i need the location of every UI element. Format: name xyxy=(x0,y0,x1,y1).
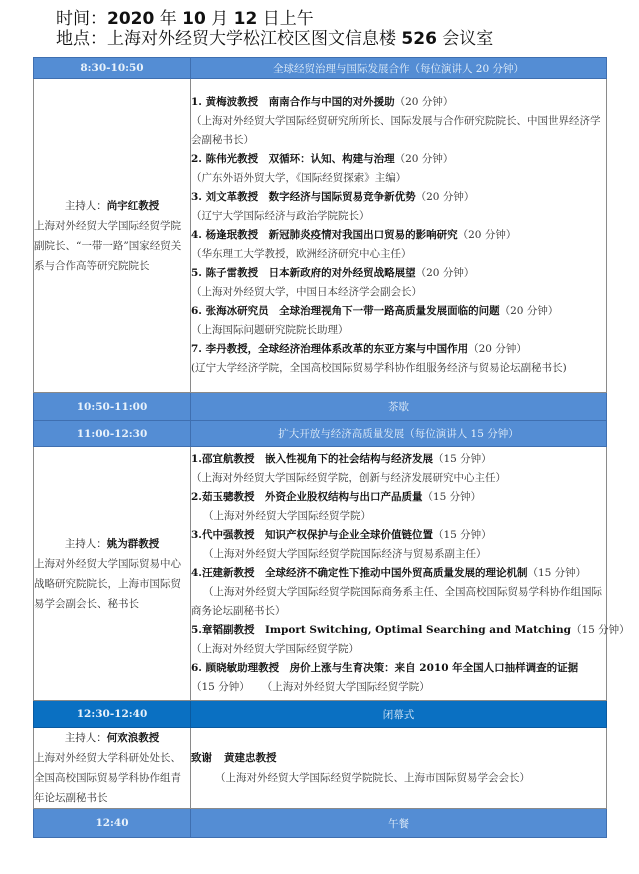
closing-time: 12:30-12:40 xyxy=(34,701,191,728)
speaker-affiliation: (辽宁大学经济学院，全国高校国际贸易学科协作组服务经济与贸易论坛副秘书长) xyxy=(191,359,606,378)
session-title: 全球经贸治理与国际发展合作（每位演讲人 20 分钟） xyxy=(191,58,607,79)
closing-label: 致谢 xyxy=(191,752,212,764)
host-label: 主持人： xyxy=(65,732,107,744)
break-title: 茶歇 xyxy=(191,393,607,421)
break-row: 10:50-11:00 茶歇 xyxy=(34,393,607,421)
host-label: 主持人： xyxy=(65,200,107,212)
speaker-affiliation: （上海对外经贸大学国际经贸学院，创新与经济发展研究中心主任） xyxy=(191,469,606,488)
host-affiliation: 上海对外经贸大学国际经贸学院副院长、“一带一路”国家经贸关系与合作高等研究院院长 xyxy=(34,220,181,272)
talk-item: 3. 刘文革教授 数字经济与国际贸易竞争新优势（20 分钟）（辽宁大学国际经济与… xyxy=(191,188,606,226)
speaker-affiliation: （上海对外经贸大学国际经贸学院国际商务系主任、全国高校国际贸易学科协作组国际商务… xyxy=(191,583,606,621)
talk-item: 4.汪建新教授 全球经济不确定性下推动中国外贸高质量发展的理论机制（15 分钟）… xyxy=(191,564,606,621)
talk-duration: （15 分钟） xyxy=(433,529,492,541)
lunch-row: 12:40 午餐 xyxy=(34,809,607,838)
venue-label: 地点： xyxy=(56,29,107,49)
talk-title: 3. 刘文革教授 数字经济与国际贸易竞争新优势 xyxy=(191,191,416,203)
talk-item: 2. 陈伟光教授 双循环：认知、构建与治理（20 分钟）（广东外语外贸大学，《国… xyxy=(191,150,606,188)
host-affiliation: 上海对外经贸大学国际贸易中心战略研究院院长，上海市国际贸易学会副会长、秘书长 xyxy=(34,558,181,610)
talk-duration: （15 分钟） xyxy=(422,491,481,503)
talk-title: 6. 顾晓敏助理教授 房价上涨与生育决策：来自 2010 年全国人口抽样调查的证… xyxy=(191,662,578,674)
talk-title: 6. 张海冰研究员 全球治理视角下一带一路高质量发展面临的问题 xyxy=(191,305,500,317)
speaker-affiliation: （上海对外经贸大学国际经贸学院） xyxy=(262,681,430,693)
speaker-affiliation: （上海对外经贸大学国际经贸学院） xyxy=(191,640,606,659)
speaker-affiliation: （上海对外经贸大学国际经贸学院） xyxy=(191,507,606,526)
talk-item: 1.邵宜航教授 嵌入性视角下的社会结构与经济发展（15 分钟）（上海对外经贸大学… xyxy=(191,450,606,488)
session-title: 扩大开放与经济高质量发展（每位演讲人 15 分钟） xyxy=(191,421,607,447)
talk-item: 1. 黄梅波教授 南南合作与中国的对外援助（20 分钟）（上海对外经贸大学国际经… xyxy=(191,93,606,150)
talk-duration: （15 分钟） xyxy=(571,624,630,636)
talk-duration: （15 分钟） xyxy=(433,453,492,465)
time-year: 2020 xyxy=(107,9,154,29)
talk-duration: （20 分钟） xyxy=(468,343,527,355)
talk-title: 3.代中强教授 知识产权保护与企业全球价值链位置 xyxy=(191,529,433,541)
session-header-row: 11:00-12:30 扩大开放与经济高质量发展（每位演讲人 15 分钟） xyxy=(34,421,607,447)
talk-list: 1. 黄梅波教授 南南合作与中国的对外援助（20 分钟）（上海对外经贸大学国际经… xyxy=(191,79,607,393)
host-cell: 主持人：尚宇红教授 上海对外经贸大学国际经贸学院副院长、“一带一路”国家经贸关系… xyxy=(34,79,191,393)
agenda-table: 8:30-10:50 全球经贸治理与国际发展合作（每位演讲人 20 分钟） 主持… xyxy=(33,57,607,838)
speaker-affiliation: （华东理工大学教授，欧洲经济研究中心主任） xyxy=(191,245,606,264)
speaker-affiliation: （上海对外经贸大学国际经贸学院院长、上海市国际贸易学会会长） xyxy=(191,768,606,788)
host-cell: 主持人：姚为群教授 上海对外经贸大学国际贸易中心战略研究院院长，上海市国际贸易学… xyxy=(34,447,191,701)
month-unit: 月 xyxy=(206,9,234,29)
host-name: 尚宇红教授 xyxy=(107,200,160,212)
talk-title: 7. 李丹教授，全球经济治理体系改革的东亚方案与中国作用 xyxy=(191,343,468,355)
session-time: 8:30-10:50 xyxy=(34,58,191,79)
talk-title: 1.邵宜航教授 嵌入性视角下的社会结构与经济发展 xyxy=(191,453,433,465)
host-cell: 主持人：何欢浪教授 上海对外经贸大学科研处处长、全国高校国际贸易学科协作组青年论… xyxy=(34,728,191,809)
host-affiliation: 上海对外经贸大学科研处处长、全国高校国际贸易学科协作组青年论坛副秘书长 xyxy=(34,752,181,804)
time-day: 12 xyxy=(234,9,258,29)
talk-duration: （20 分钟） xyxy=(500,305,559,317)
talk-title: 2. 陈伟光教授 双循环：认知、构建与治理 xyxy=(191,153,395,165)
talk-duration: （15 分钟） xyxy=(527,567,586,579)
talk-title: 4.汪建新教授 全球经济不确定性下推动中国外贸高质量发展的理论机制 xyxy=(191,567,527,579)
meeting-venue: 地点：上海对外经贸大学松江校区图文信息楼 526 会议室 xyxy=(56,29,493,49)
closing-title: 闭幕式 xyxy=(191,701,607,728)
time-month: 10 xyxy=(182,9,206,29)
speaker-affiliation: （上海国际问题研究院院长助理） xyxy=(191,321,606,340)
closing-content-row: 主持人：何欢浪教授 上海对外经贸大学科研处处长、全国高校国际贸易学科协作组青年论… xyxy=(34,728,607,809)
session-content-row: 主持人：尚宇红教授 上海对外经贸大学国际经贸学院副院长、“一带一路”国家经贸关系… xyxy=(34,79,607,393)
break-time: 10:50-11:00 xyxy=(34,393,191,421)
talk-item: 5.章韬副教授 Import Switching, Optimal Search… xyxy=(191,621,606,659)
talk-item: 6. 顾晓敏助理教授 房价上涨与生育决策：来自 2010 年全国人口抽样调查的证… xyxy=(191,659,606,697)
talk-title: 5.章韬副教授 Import Switching, Optimal Search… xyxy=(191,624,571,636)
closing-header-row: 12:30-12:40 闭幕式 xyxy=(34,701,607,728)
talk-item: 7. 李丹教授，全球经济治理体系改革的东亚方案与中国作用（20 分钟）(辽宁大学… xyxy=(191,340,606,378)
venue-suffix: 会议室 xyxy=(437,29,493,49)
talk-title: 5. 陈子雷教授 日本新政府的对外经贸战略展望 xyxy=(191,267,416,279)
meeting-time: 时间：2020 年 10 月 12 日上午 xyxy=(56,9,314,29)
host-name-line: 主持人：尚宇红教授 xyxy=(34,196,190,216)
talk-duration: （15 分钟） xyxy=(191,681,250,693)
host-label: 主持人： xyxy=(65,538,107,550)
day-unit: 日上午 xyxy=(257,9,313,29)
talk-duration: （20 分钟） xyxy=(416,267,475,279)
speaker-affiliation: （上海对外经贸大学，中国日本经济学会副会长） xyxy=(191,283,606,302)
talk-list: 1.邵宜航教授 嵌入性视角下的社会结构与经济发展（15 分钟）（上海对外经贸大学… xyxy=(191,447,607,701)
host-name: 何欢浪教授 xyxy=(107,732,160,744)
venue-room: 526 xyxy=(401,29,437,49)
lunch-time: 12:40 xyxy=(34,809,191,838)
session-content-row: 主持人：姚为群教授 上海对外经贸大学国际贸易中心战略研究院院长，上海市国际贸易学… xyxy=(34,447,607,701)
talk-duration: （20 分钟） xyxy=(416,191,475,203)
talk-title: 4. 杨逢珉教授 新冠肺炎疫情对我国出口贸易的影响研究 xyxy=(191,229,458,241)
closing-remarks: 致谢黄建忠教授 （上海对外经贸大学国际经贸学院院长、上海市国际贸易学会会长） xyxy=(191,728,607,809)
time-label: 时间： xyxy=(56,9,107,29)
talk-title: 1. 黄梅波教授 南南合作与中国的对外援助 xyxy=(191,96,395,108)
session-time: 11:00-12:30 xyxy=(34,421,191,447)
talk-title: 2.茹玉骢教授 外资企业股权结构与出口产品质量 xyxy=(191,491,422,503)
talk-item: 5. 陈子雷教授 日本新政府的对外经贸战略展望（20 分钟）（上海对外经贸大学，… xyxy=(191,264,606,302)
talk-duration: （20 分钟） xyxy=(395,153,454,165)
speaker-affiliation: （辽宁大学国际经济与政治学院院长） xyxy=(191,207,606,226)
speaker-affiliation: （上海对外经贸大学国际经贸研究所所长、国际发展与合作研究院院长、中国世界经济学会… xyxy=(191,112,606,150)
speaker-affiliation: （上海对外经贸大学国际经贸学院国际经济与贸易系副主任） xyxy=(191,545,606,564)
talk-item: 2.茹玉骢教授 外资企业股权结构与出口产品质量（15 分钟）（上海对外经贸大学国… xyxy=(191,488,606,526)
host-name: 姚为群教授 xyxy=(107,538,160,550)
session-header-row: 8:30-10:50 全球经贸治理与国际发展合作（每位演讲人 20 分钟） xyxy=(34,58,607,79)
host-name-line: 主持人：何欢浪教授 xyxy=(34,728,190,748)
venue-text: 上海对外经贸大学松江校区图文信息楼 xyxy=(107,29,401,49)
host-name-line: 主持人：姚为群教授 xyxy=(34,534,190,554)
talk-item: 6. 张海冰研究员 全球治理视角下一带一路高质量发展面临的问题（20 分钟）（上… xyxy=(191,302,606,340)
year-unit: 年 xyxy=(154,9,182,29)
talk-duration: （20 分钟） xyxy=(395,96,454,108)
talk-item: 3.代中强教授 知识产权保护与企业全球价值链位置（15 分钟）（上海对外经贸大学… xyxy=(191,526,606,564)
lunch-title: 午餐 xyxy=(191,809,607,838)
talk-duration: （20 分钟） xyxy=(458,229,517,241)
closing-speaker: 黄建忠教授 xyxy=(224,752,277,764)
speaker-affiliation: （广东外语外贸大学，《国际经贸探索》主编） xyxy=(191,169,606,188)
talk-item: 4. 杨逢珉教授 新冠肺炎疫情对我国出口贸易的影响研究（20 分钟）（华东理工大… xyxy=(191,226,606,264)
